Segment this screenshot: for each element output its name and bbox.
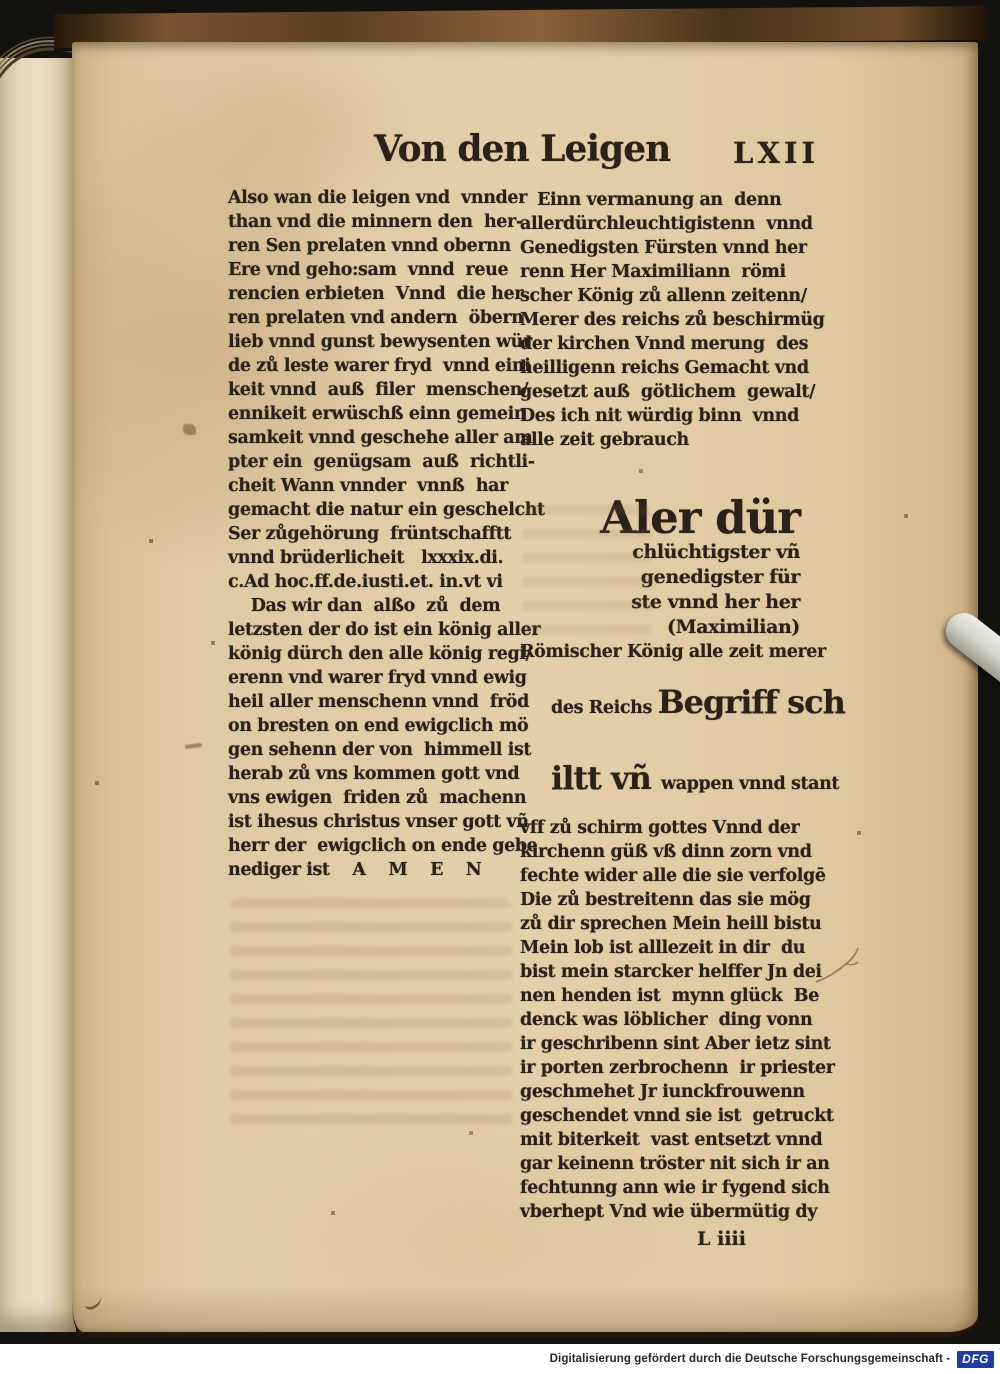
text-line: ist ihesus christus vnser gott vñ: [228, 810, 516, 834]
text-line: pter ein genügsam auß richtli-: [228, 450, 516, 474]
mixed-size-line: des Reichs Begriff sch: [520, 664, 808, 740]
text-line: bist mein starcker helffer Jn dei: [520, 960, 808, 984]
text-line: Genedigsten Fürsten vnnd her: [520, 236, 808, 260]
text-line: gar keinenn tröster nit sich ir an: [520, 1152, 808, 1176]
text-line: Ere vnd geho:sam vnnd reue: [228, 258, 516, 282]
text-line: erenn vnd warer fryd vnnd ewig: [228, 666, 516, 690]
book-scan: Von den Leigen LXII Also wan die leigen …: [0, 0, 1000, 1374]
text-line: renn Her Maximiliann römi: [520, 260, 808, 284]
text-line: geschmehet Jr iunckfrouwenn: [520, 1080, 808, 1104]
text-line: ren Sen prelaten vnnd obernn: [228, 234, 516, 258]
text-line: kirchenn güß vß dinn zorn vnd: [520, 840, 808, 864]
right-column-body: vff zů schirm gottes Vnnd derkirchenn gü…: [520, 816, 808, 1224]
margin-smudge: [183, 424, 196, 435]
text-line: Ser zůgehörung früntschafftt: [228, 522, 516, 546]
text-line: ennikeit erwüschß einn gemein: [228, 402, 516, 426]
running-title: Von den Leigen: [374, 128, 670, 170]
text-line: könig dürch den alle könig regi/: [228, 642, 516, 666]
text-line: Des ich nit würdig binn vnnd: [520, 404, 808, 428]
text-line: ir porten zerbrochenn ir priester: [520, 1056, 808, 1080]
digitization-credit-bar: Digitalisierung gefördert durch die Deut…: [0, 1344, 1000, 1374]
text-line: vns ewigen friden zů machenn: [228, 786, 516, 810]
text-line: vberhept Vnd wie übermütig dy: [520, 1200, 808, 1224]
text-line: fechte wider alle die sie verfolgē: [520, 864, 808, 888]
text-line: gemacht die natur ein geschelcht: [228, 498, 516, 522]
quire-signature: L iiii: [520, 1228, 808, 1250]
mixed-size-line: iltt vñ wappen vnnd stant: [520, 740, 808, 816]
show-through-text: [522, 505, 652, 637]
text-line: ir geschribenn sint Aber ietz sint: [520, 1032, 808, 1056]
text-line: lieb vnnd gunst bewysenten wür: [228, 330, 516, 354]
mixed-big-text: Begriff sch: [658, 683, 845, 721]
text-line: Römischer König alle zeit merer: [520, 640, 808, 664]
text-line: Das wir dan alßo zů dem: [228, 594, 516, 618]
credit-text: Digitalisierung gefördert durch die Deut…: [550, 1353, 951, 1365]
text-line: keit vnnd auß filer menschen/: [228, 378, 516, 402]
text-line: c.Ad hoc.ff.de.iusti.et. in.vt vi: [228, 570, 516, 594]
text-line: herab zů vns kommen gott vnd: [228, 762, 516, 786]
text-line: nen henden ist mynn glück Be: [520, 984, 808, 1008]
text-line: heilligenn reichs Gemacht vnd: [520, 356, 808, 380]
text-line: alle zeit gebrauch: [520, 428, 808, 452]
text-line: fechtunng ann wie ir fygend sich: [520, 1176, 808, 1200]
text-line: der kirchen Vnnd merung des: [520, 332, 808, 356]
text-line: gesetzt auß götlichem gewalt/: [520, 380, 808, 404]
right-column-intro: Einn vermanung an dennallerdürchleuchtig…: [520, 188, 808, 452]
text-line: nediger ist A M E N: [228, 858, 516, 882]
paper-specks: [0, 0, 2, 2]
text-line: mit biterkeit vast entsetzt vnnd: [520, 1128, 808, 1152]
folio-number: LXII: [733, 136, 819, 170]
left-text-column: Also wan die leigen vnd vnnderthan vnd d…: [228, 186, 516, 882]
text-line: scher König zů allenn zeitenn/: [520, 284, 808, 308]
text-line: denck was löblicher ding vonn: [520, 1008, 808, 1032]
text-line: allerdürchleuchtigistenn vnnd: [520, 212, 808, 236]
text-line: Merer des reichs zů beschirmüg: [520, 308, 808, 332]
text-line: Einn vermanung an denn: [520, 188, 808, 212]
text-line: geschendet vnnd sie ist getruckt: [520, 1104, 808, 1128]
mixed-big-text: iltt vñ: [551, 759, 661, 797]
text-line: Mein lob ist alllezeit in dir du: [520, 936, 808, 960]
text-line: cheit Wann vnnder vnnß har: [228, 474, 516, 498]
text-line: ren prelaten vnd andern öbern: [228, 306, 516, 330]
dfg-logo: DFG: [957, 1351, 994, 1368]
show-through-text: [230, 898, 512, 1138]
mixed-small-text: des Reichs: [551, 698, 658, 718]
mixed-small-text: wappen vnnd stant: [661, 774, 839, 794]
text-line: on bresten on end ewigclich mö: [228, 714, 516, 738]
text-line: de zů leste warer fryd vnnd eini: [228, 354, 516, 378]
right-text-column: Einn vermanung an dennallerdürchleuchtig…: [520, 188, 808, 1250]
text-line: letzsten der do ist ein könig aller: [228, 618, 516, 642]
text-line: than vnd die minnern den her-: [228, 210, 516, 234]
text-line: vff zů schirm gottes Vnnd der: [520, 816, 808, 840]
text-line: vnnd brüderlicheit lxxxix.di.: [228, 546, 516, 570]
text-line: zů dir sprechen Mein heill bistu: [520, 912, 808, 936]
underlying-page-edge: [0, 58, 76, 1332]
text-line: gen sehenn der von himmell ist: [228, 738, 516, 762]
text-line: samkeit vnnd geschehe aller am: [228, 426, 516, 450]
text-line: rencien erbieten Vnnd die her: [228, 282, 516, 306]
text-line: heil aller menschenn vnnd fröd: [228, 690, 516, 714]
margin-quill-doodle: [812, 942, 864, 990]
text-line: Also wan die leigen vnd vnnder: [228, 186, 516, 210]
text-line: herr der ewigclich on ende gebe: [228, 834, 516, 858]
text-line: Die zů bestreitenn das sie mög: [520, 888, 808, 912]
